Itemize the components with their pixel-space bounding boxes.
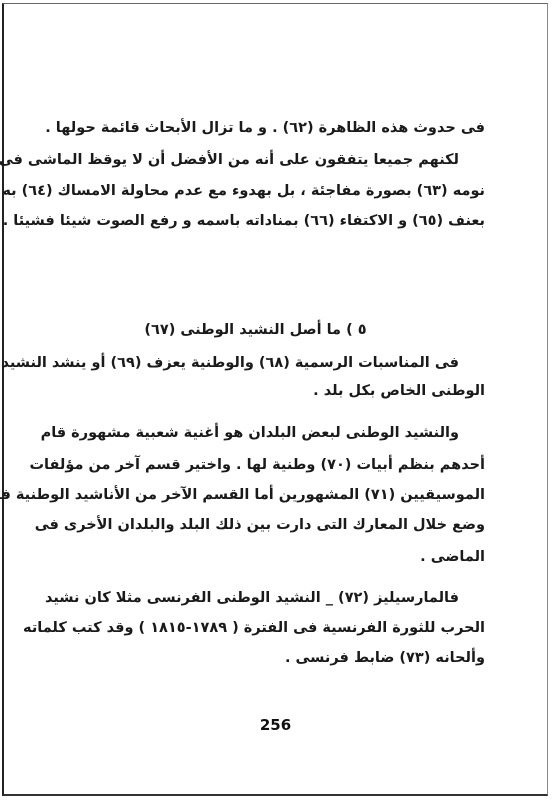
text-line: أحدهم بنظم أبيات (٧٠) وطنية لها . واختير… xyxy=(62,455,485,475)
page-number: 256 xyxy=(4,716,547,734)
text-line: فى حدوث هذه الظاهرة (٦٢) . و ما تزال الأ… xyxy=(62,118,485,138)
text-line: لكنهم جميعا يتفقون على أنه من الأفضل أن … xyxy=(62,150,459,170)
text-line: وضع خلال المعارك التى دارت بين ذلك البلد… xyxy=(62,515,485,535)
text-line: الحرب للثورة الفرنسية فى الفترة ( ١٧٨٩-١… xyxy=(62,618,485,638)
text-line: الموسيقيين (٧١) المشهورين أما القسم الآخ… xyxy=(62,485,485,505)
text-line: بعنف (٦٥) و الاكتفاء (٦٦) بمناداته باسمه… xyxy=(62,211,485,231)
text-line: نومه (٦٣) بصورة مفاجئة ، بل بهدوء مع عدم… xyxy=(62,181,485,201)
text-line: فى المناسبات الرسمية (٦٨) والوطنية يعزف … xyxy=(62,353,459,373)
scanned-page: فى حدوث هذه الظاهرة (٦٢) . و ما تزال الأ… xyxy=(2,3,548,796)
text-line: فالمارسيليز (٧٢) _ النشيد الوطنى الفرنسى… xyxy=(62,588,459,608)
text-line: الماضى . xyxy=(62,547,485,567)
text-line: والنشيد الوطنى لبعض البلدان هو أغنية شعب… xyxy=(62,423,459,443)
text-line: وألحانه (٧٣) ضابط فرنسى . xyxy=(62,648,485,668)
text-line: الوطنى الخاص بكل بلد . xyxy=(62,381,485,401)
section-heading: ٥ ) ما أصل النشيد الوطنى (٦٧) xyxy=(4,322,547,338)
